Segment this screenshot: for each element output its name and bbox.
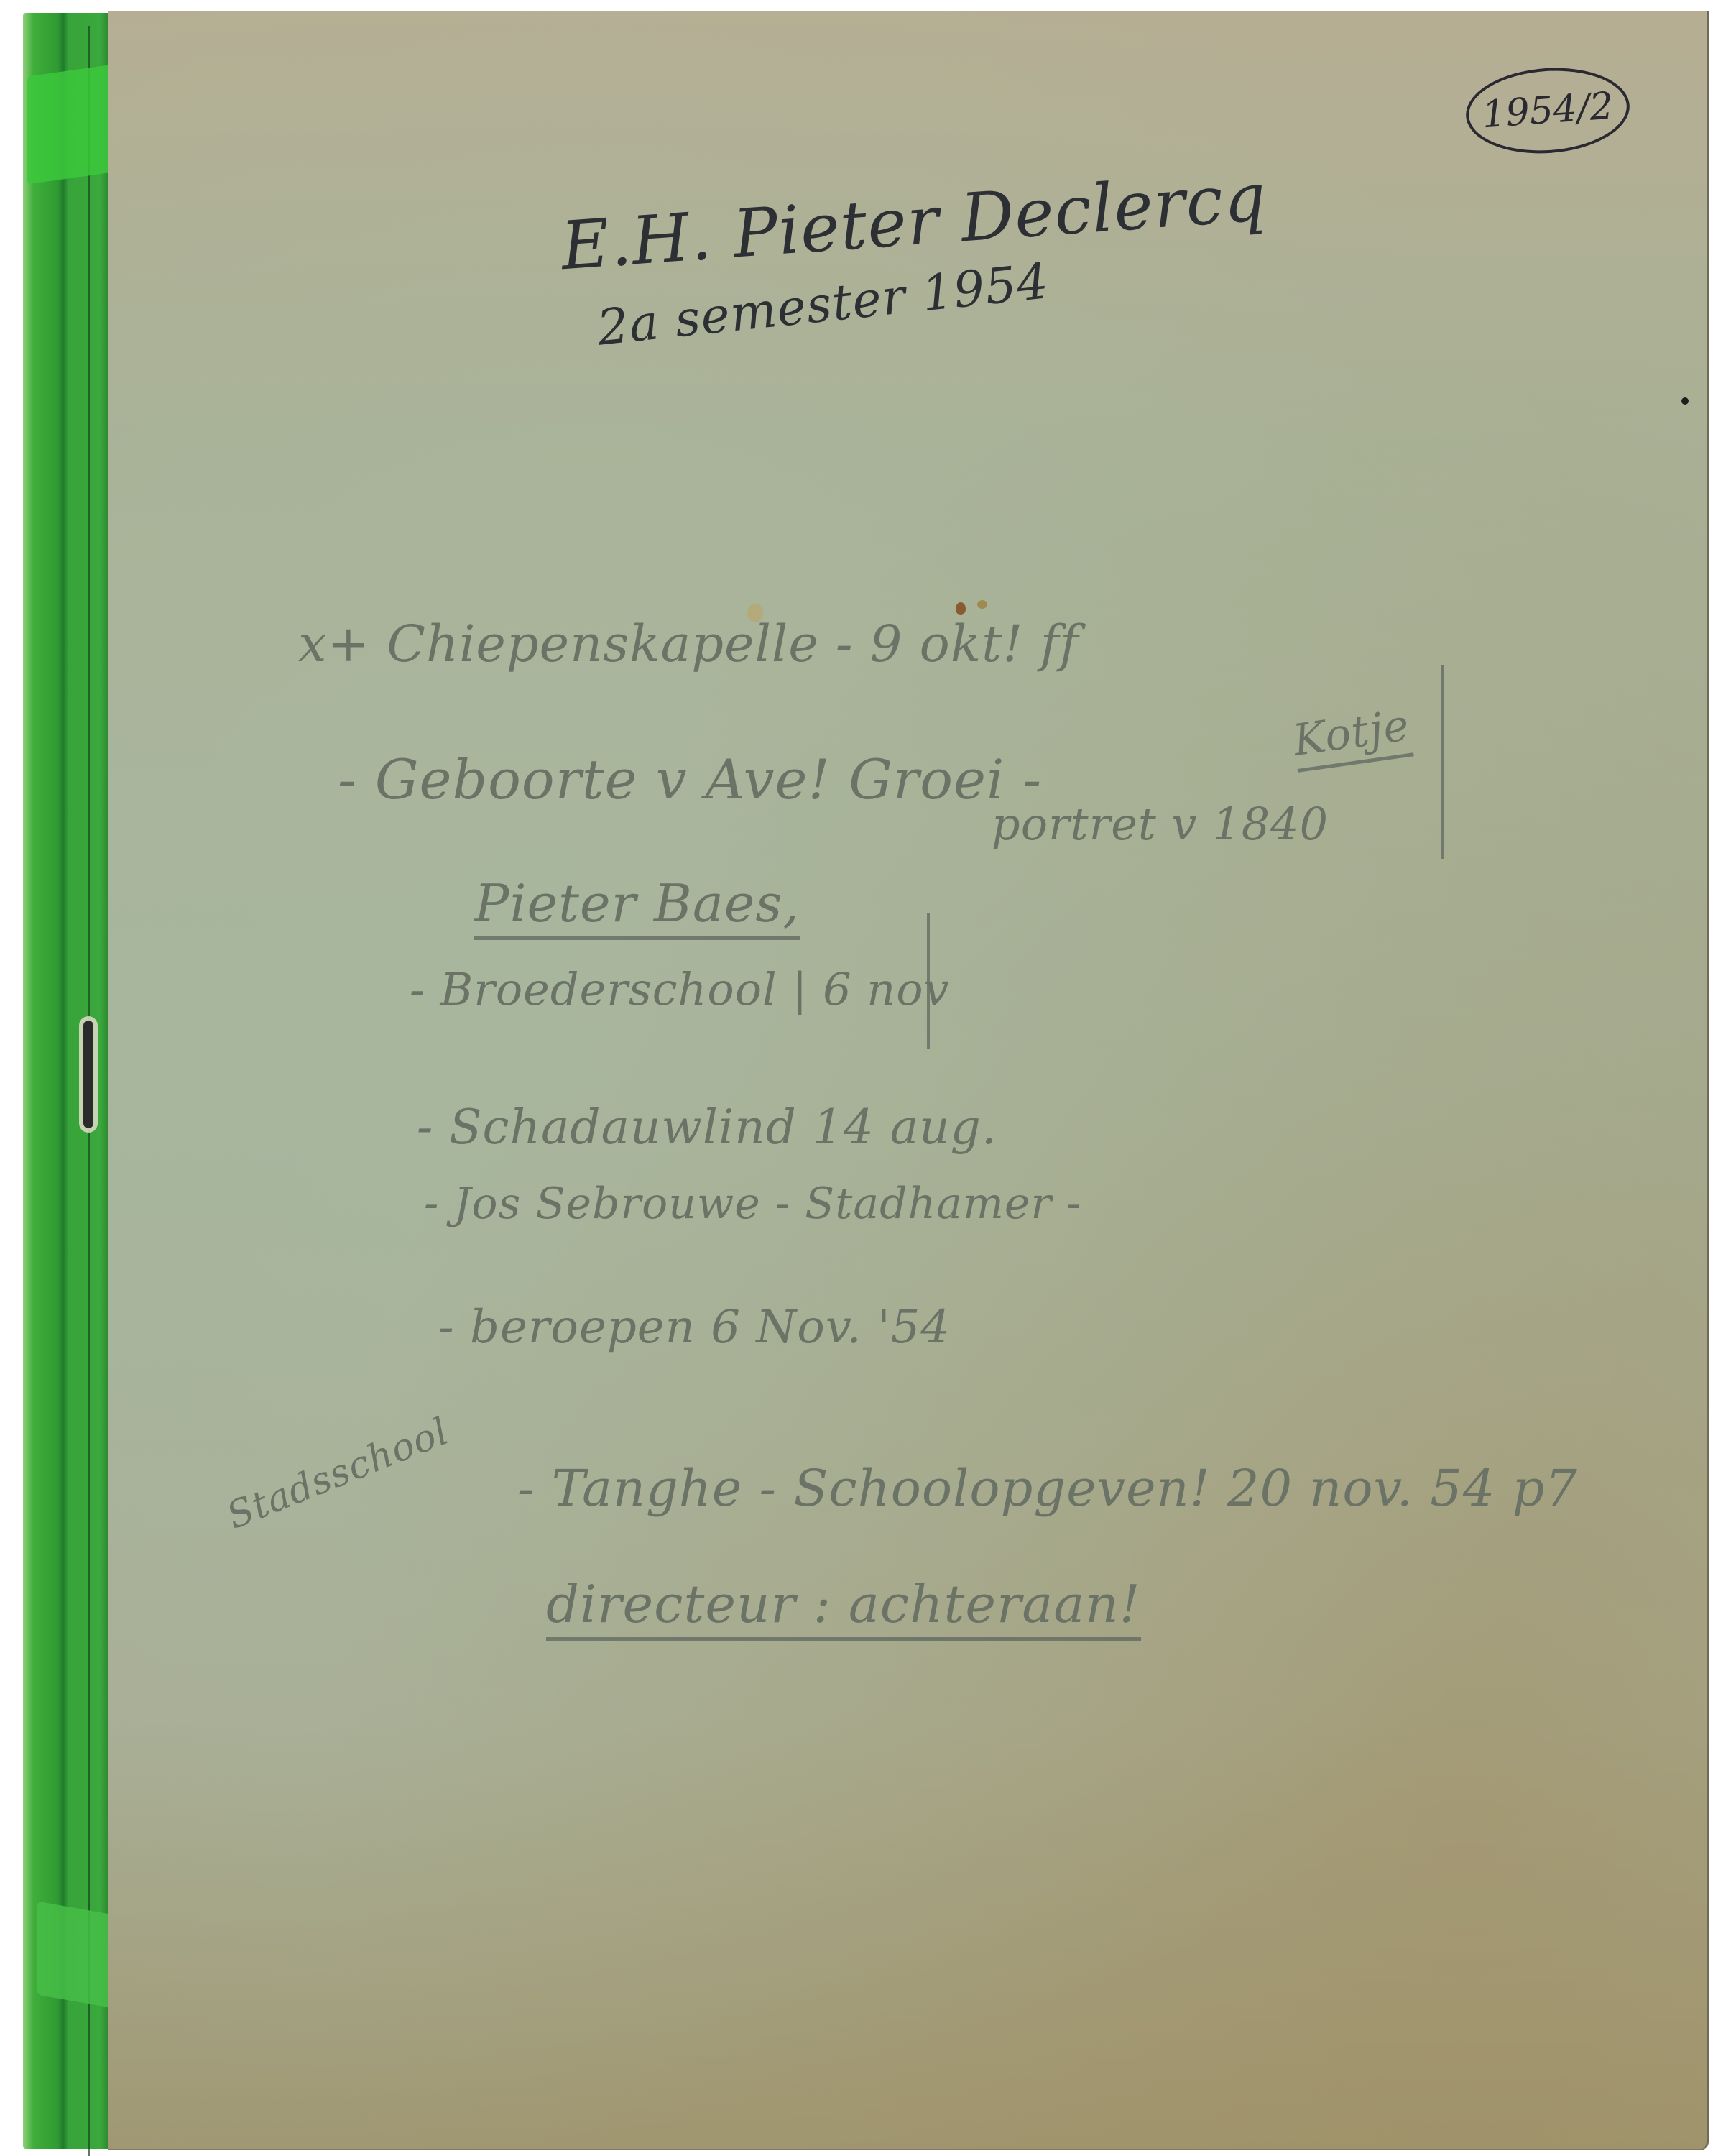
ink-dot xyxy=(1681,397,1689,405)
note-line-8: - Tanghe - Schoolopgeven! 20 nov. 54 p7 xyxy=(517,1459,1578,1518)
vertical-mark xyxy=(1441,665,1444,859)
stain-spot xyxy=(956,602,966,615)
note-line-2b-bottom: portret v 1840 xyxy=(992,798,1329,850)
torn-tape-top xyxy=(27,65,114,185)
stain-spot xyxy=(747,604,763,622)
note-line-7: - beroepen 6 Nov. '54 xyxy=(438,1301,951,1354)
stain-spot xyxy=(977,600,987,609)
note-line-4: - Broederschool | 6 nov xyxy=(410,963,950,1015)
note-line-3: Pieter Baes, xyxy=(474,873,800,940)
note-line-5: - Schadauwlind 14 aug. xyxy=(417,1100,997,1155)
note-line-1: x+ Chiepenskapelle - 9 okt! ff xyxy=(298,614,1079,673)
note-line-6: - Jos Sebrouwe - Stadhamer - xyxy=(424,1179,1081,1229)
green-binding-tape xyxy=(23,13,111,2149)
note-line-9: directeur : achteraan! xyxy=(546,1574,1141,1641)
notebook-cover xyxy=(108,11,1709,2150)
note-line-2a: - Geboorte v Ave! Groei - xyxy=(338,747,1042,811)
archive-id-text: 1954/2 xyxy=(1481,85,1615,137)
staple xyxy=(83,1021,93,1128)
